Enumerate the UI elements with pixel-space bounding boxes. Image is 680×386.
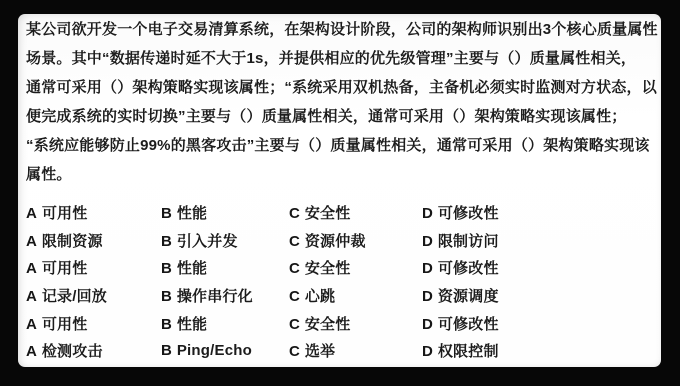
option-text: 资源仲裁 <box>305 233 366 250</box>
option-cell-4a: A记录/回放 <box>26 285 161 306</box>
option-letter: A <box>26 316 37 333</box>
options-table: A可用性 B性能 C安全性 D可修改性 A限制资源 B引入并发 <box>26 199 655 365</box>
option-cell-5b: B性能 <box>161 313 289 334</box>
option-letter: A <box>26 260 37 277</box>
option-cell-6b: BPing/Echo <box>161 342 289 360</box>
option-cell-1d: D可修改性 <box>422 202 655 223</box>
question-line-6: 属性。 <box>26 160 655 189</box>
option-cell-5d: D可修改性 <box>422 313 655 334</box>
option-cell-4c: C心跳 <box>289 285 422 306</box>
option-letter: B <box>161 288 172 305</box>
question-line-3: 通常可采用（）架构策略实现该属性；“系统采用双机热备，主备机必须实时监测对方状态… <box>26 73 655 102</box>
option-text: 检测攻击 <box>42 343 103 360</box>
option-text: 心跳 <box>305 288 335 305</box>
option-letter: C <box>289 288 300 305</box>
option-letter: D <box>422 316 433 333</box>
option-row-1: A可用性 B性能 C安全性 D可修改性 <box>26 199 655 227</box>
option-letter: A <box>26 288 37 305</box>
option-text: 安全性 <box>305 260 351 277</box>
option-text: 可用性 <box>42 316 88 333</box>
option-text: 性能 <box>177 205 207 222</box>
option-text: 可修改性 <box>438 205 499 222</box>
scan-background: 某公司欲开发一个电子交易清算系统，在架构设计阶段，公司的架构师识别出3个核心质量… <box>0 0 680 386</box>
option-letter: B <box>161 233 172 250</box>
option-letter: C <box>289 260 300 277</box>
option-cell-4b: B操作串行化 <box>161 285 289 306</box>
option-letter: D <box>422 205 433 222</box>
option-cell-5a: A可用性 <box>26 313 161 334</box>
question-paragraph: 某公司欲开发一个电子交易清算系统，在架构设计阶段，公司的架构师识别出3个核心质量… <box>26 15 655 189</box>
option-text: 可修改性 <box>438 260 499 277</box>
option-text: 记录/回放 <box>42 288 107 305</box>
option-cell-3a: A可用性 <box>26 257 161 278</box>
option-text: 可用性 <box>42 260 88 277</box>
option-cell-1b: B性能 <box>161 202 289 223</box>
option-cell-2d: D限制访问 <box>422 230 655 251</box>
option-cell-2b: B引入并发 <box>161 230 289 251</box>
option-cell-1c: C安全性 <box>289 202 422 223</box>
option-cell-6c: C选举 <box>289 340 422 361</box>
question-line-4: 便完成系统的实时切换”主要与（）质量属性相关，通常可采用（）架构策略实现该属性； <box>26 102 655 131</box>
option-text: 资源调度 <box>438 288 499 305</box>
document-page: 某公司欲开发一个电子交易清算系统，在架构设计阶段，公司的架构师识别出3个核心质量… <box>18 14 661 367</box>
option-text: 限制资源 <box>42 233 103 250</box>
option-cell-3d: D可修改性 <box>422 257 655 278</box>
option-letter: D <box>422 260 433 277</box>
option-letter: C <box>289 343 300 360</box>
option-row-3: A可用性 B性能 C安全性 D可修改性 <box>26 254 655 282</box>
question-line-1: 某公司欲开发一个电子交易清算系统，在架构设计阶段，公司的架构师识别出3个核心质量… <box>26 15 655 44</box>
option-letter: A <box>26 205 37 222</box>
option-letter: B <box>161 205 172 222</box>
option-cell-3c: C安全性 <box>289 257 422 278</box>
option-text: Ping/Echo <box>177 342 252 359</box>
option-text: 引入并发 <box>177 233 238 250</box>
option-letter: D <box>422 233 433 250</box>
option-text: 可修改性 <box>438 316 499 333</box>
option-row-5: A可用性 B性能 C安全性 D可修改性 <box>26 309 655 337</box>
option-cell-6d: D权限控制 <box>422 340 655 361</box>
option-text: 性能 <box>177 260 207 277</box>
option-row-6: A检测攻击 BPing/Echo C选举 D权限控制 <box>26 337 655 365</box>
option-text: 可用性 <box>42 205 88 222</box>
option-letter: A <box>26 343 37 360</box>
option-row-2: A限制资源 B引入并发 C资源仲裁 D限制访问 <box>26 227 655 255</box>
option-letter: B <box>161 260 172 277</box>
option-text: 权限控制 <box>438 343 499 360</box>
option-letter: D <box>422 343 433 360</box>
option-text: 选举 <box>305 343 335 360</box>
option-text: 安全性 <box>305 316 351 333</box>
option-letter: B <box>161 316 172 333</box>
option-text: 性能 <box>177 316 207 333</box>
option-cell-2a: A限制资源 <box>26 230 161 251</box>
option-letter: A <box>26 233 37 250</box>
option-cell-5c: C安全性 <box>289 313 422 334</box>
option-letter: C <box>289 205 300 222</box>
option-cell-1a: A可用性 <box>26 202 161 223</box>
option-letter: C <box>289 316 300 333</box>
option-cell-4d: D资源调度 <box>422 285 655 306</box>
option-letter: B <box>161 342 172 359</box>
question-line-5: “系统应能够防止99%的黑客攻击”主要与（）质量属性相关，通常可采用（）架构策略… <box>26 131 655 160</box>
option-cell-3b: B性能 <box>161 257 289 278</box>
option-text: 操作串行化 <box>177 288 253 305</box>
option-row-4: A记录/回放 B操作串行化 C心跳 D资源调度 <box>26 282 655 310</box>
option-cell-2c: C资源仲裁 <box>289 230 422 251</box>
option-letter: D <box>422 288 433 305</box>
option-cell-6a: A检测攻击 <box>26 340 161 361</box>
option-letter: C <box>289 233 300 250</box>
option-text: 安全性 <box>305 205 351 222</box>
option-text: 限制访问 <box>438 233 499 250</box>
question-line-2: 场景。其中“数据传递时延不大于1s，并提供相应的优先级管理”主要与（）质量属性相… <box>26 44 655 73</box>
